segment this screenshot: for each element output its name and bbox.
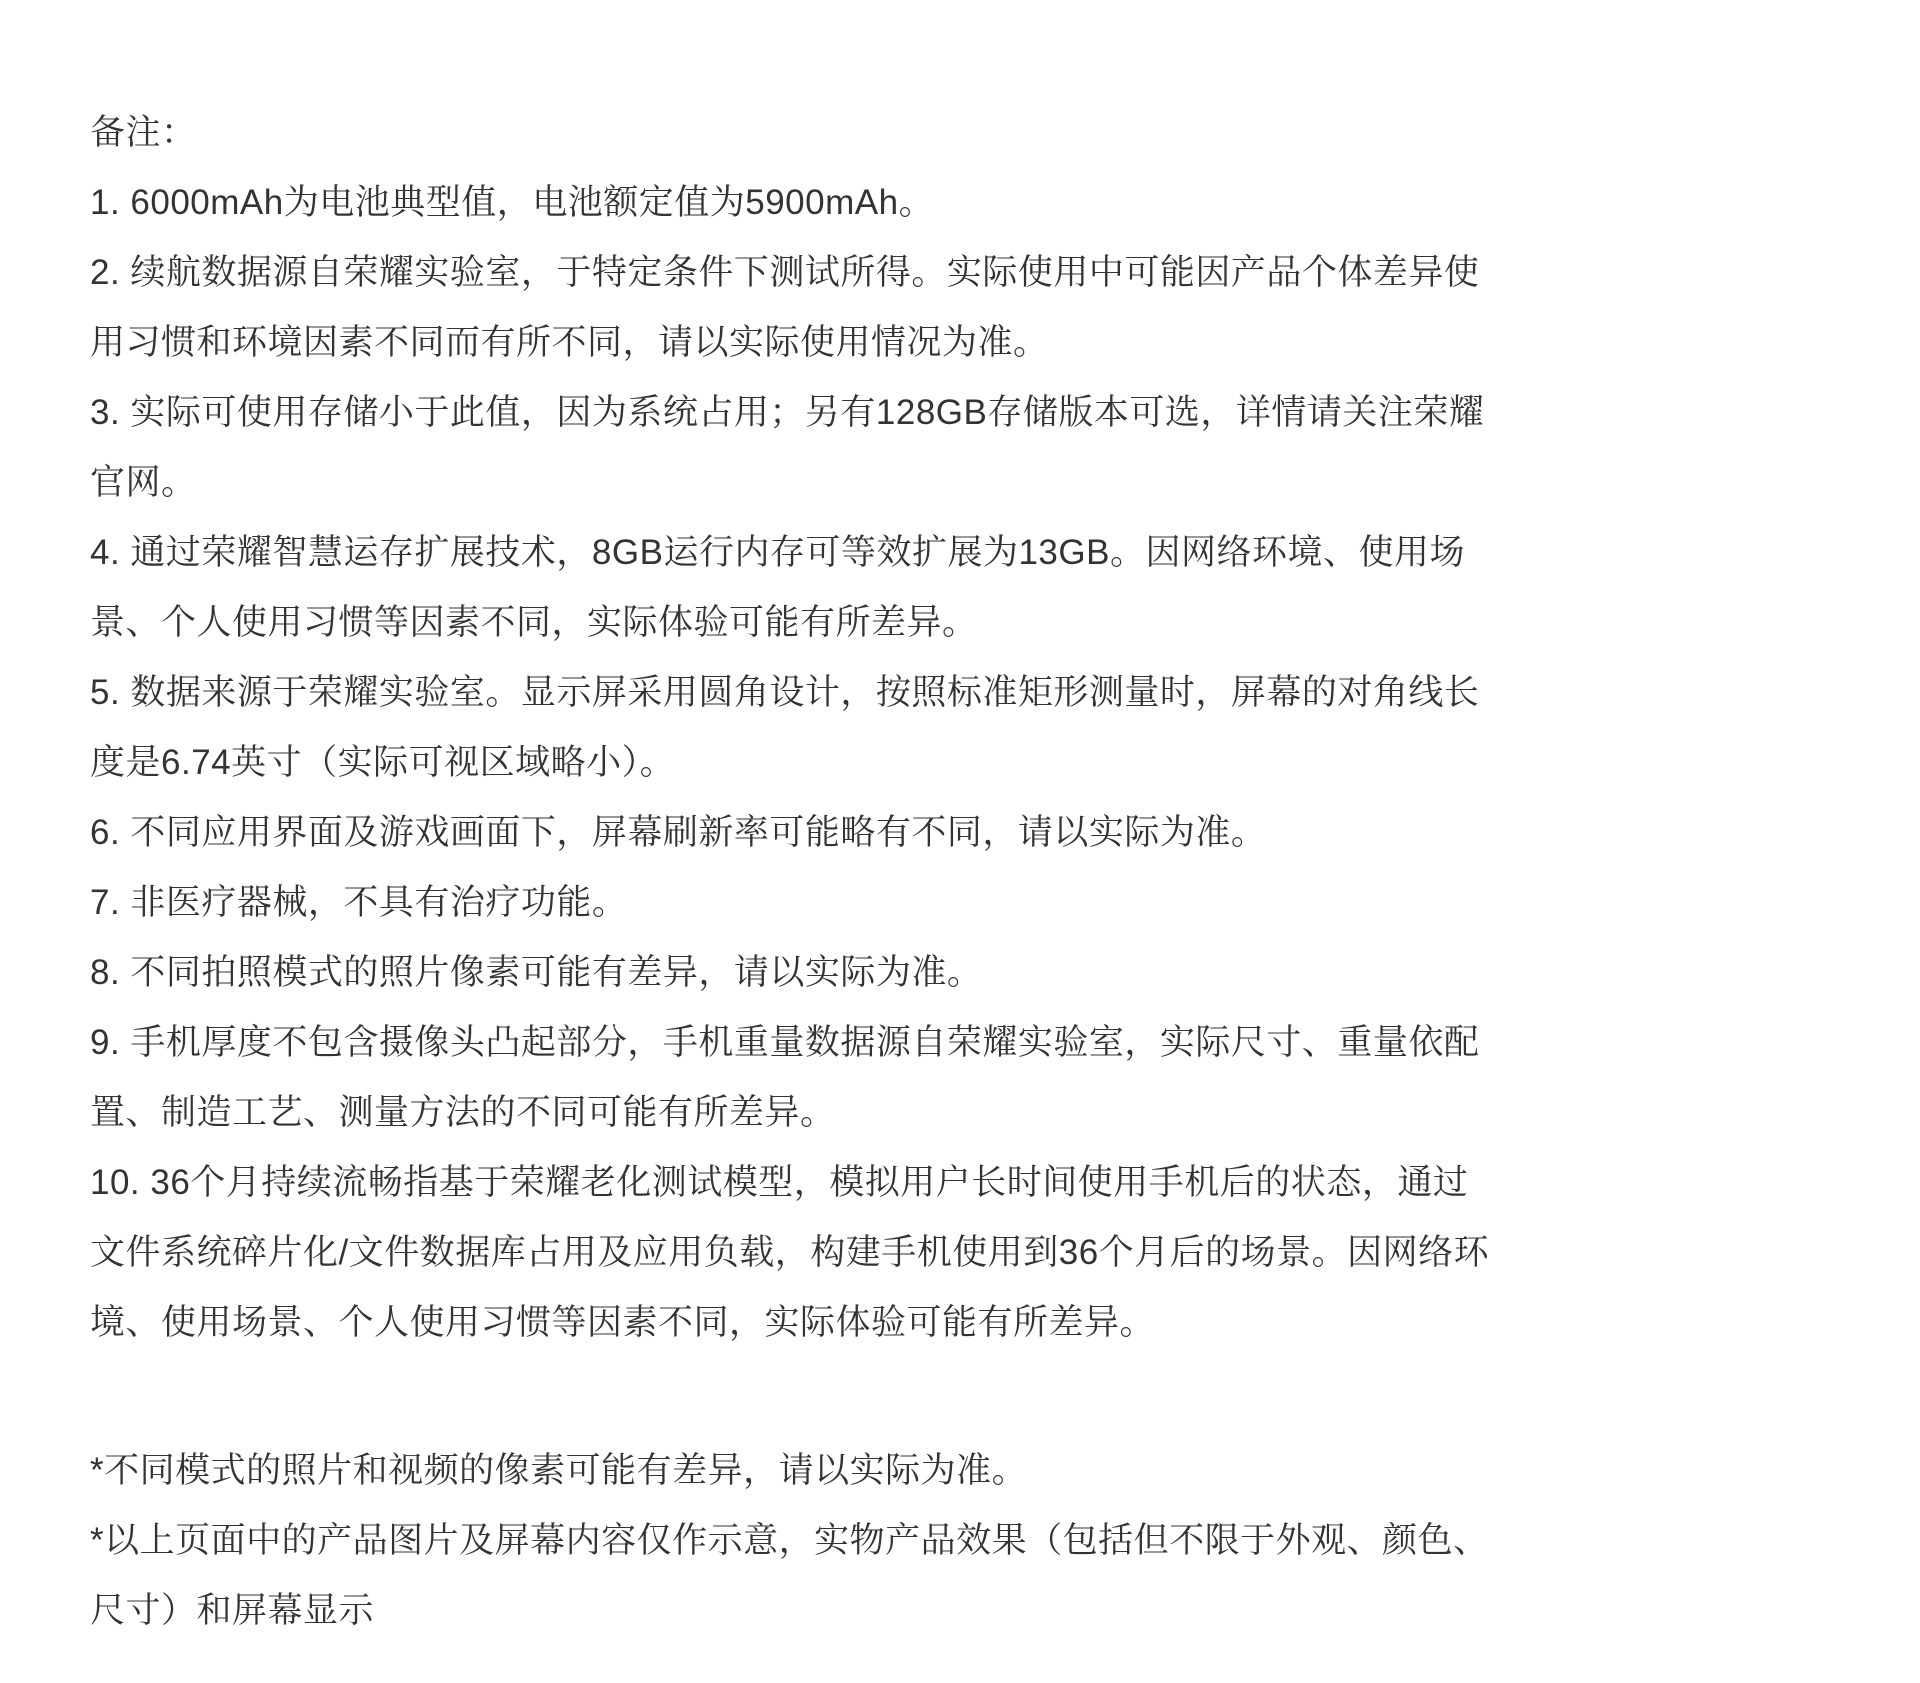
note-item-3: 3. 实际可使用存储小于此值，因为系统占用；另有128GB存储版本可选，详情请关… bbox=[90, 378, 1500, 518]
footnote-item-2: *以上页面中的产品图片及屏幕内容仅作示意，实物产品效果（包括但不限于外观、颜色、… bbox=[90, 1506, 1500, 1646]
note-item-7: 7. 非医疗器械，不具有治疗功能。 bbox=[90, 868, 1500, 938]
footnote-item-1: *不同模式的照片和视频的像素可能有差异，请以实际为准。 bbox=[90, 1436, 1500, 1506]
notes-heading: 备注： bbox=[90, 98, 1500, 168]
note-item-9: 9. 手机厚度不包含摄像头凸起部分，手机重量数据源自荣耀实验室，实际尺寸、重量依… bbox=[90, 1008, 1500, 1148]
note-item-4: 4. 通过荣耀智慧运存扩展技术，8GB运行内存可等效扩展为13GB。因网络环境、… bbox=[90, 518, 1500, 658]
footnotes-section: *不同模式的照片和视频的像素可能有差异，请以实际为准。 *以上页面中的产品图片及… bbox=[90, 1436, 1500, 1646]
note-item-8: 8. 不同拍照模式的照片像素可能有差异，请以实际为准。 bbox=[90, 938, 1500, 1008]
note-item-1: 1. 6000mAh为电池典型值，电池额定值为5900mAh。 bbox=[90, 168, 1500, 238]
notes-page: 备注： 1. 6000mAh为电池典型值，电池额定值为5900mAh。 2. 续… bbox=[0, 0, 1920, 1683]
note-item-5: 5. 数据来源于荣耀实验室。显示屏采用圆角设计，按照标准矩形测量时，屏幕的对角线… bbox=[90, 658, 1500, 798]
note-item-6: 6. 不同应用界面及游戏画面下，屏幕刷新率可能略有不同，请以实际为准。 bbox=[90, 798, 1500, 868]
notes-section: 备注： 1. 6000mAh为电池典型值，电池额定值为5900mAh。 2. 续… bbox=[90, 0, 1500, 1646]
note-item-2: 2. 续航数据源自荣耀实验室，于特定条件下测试所得。实际使用中可能因产品个体差异… bbox=[90, 238, 1500, 378]
note-item-10: 10. 36个月持续流畅指基于荣耀老化测试模型，模拟用户长时间使用手机后的状态，… bbox=[90, 1148, 1500, 1358]
